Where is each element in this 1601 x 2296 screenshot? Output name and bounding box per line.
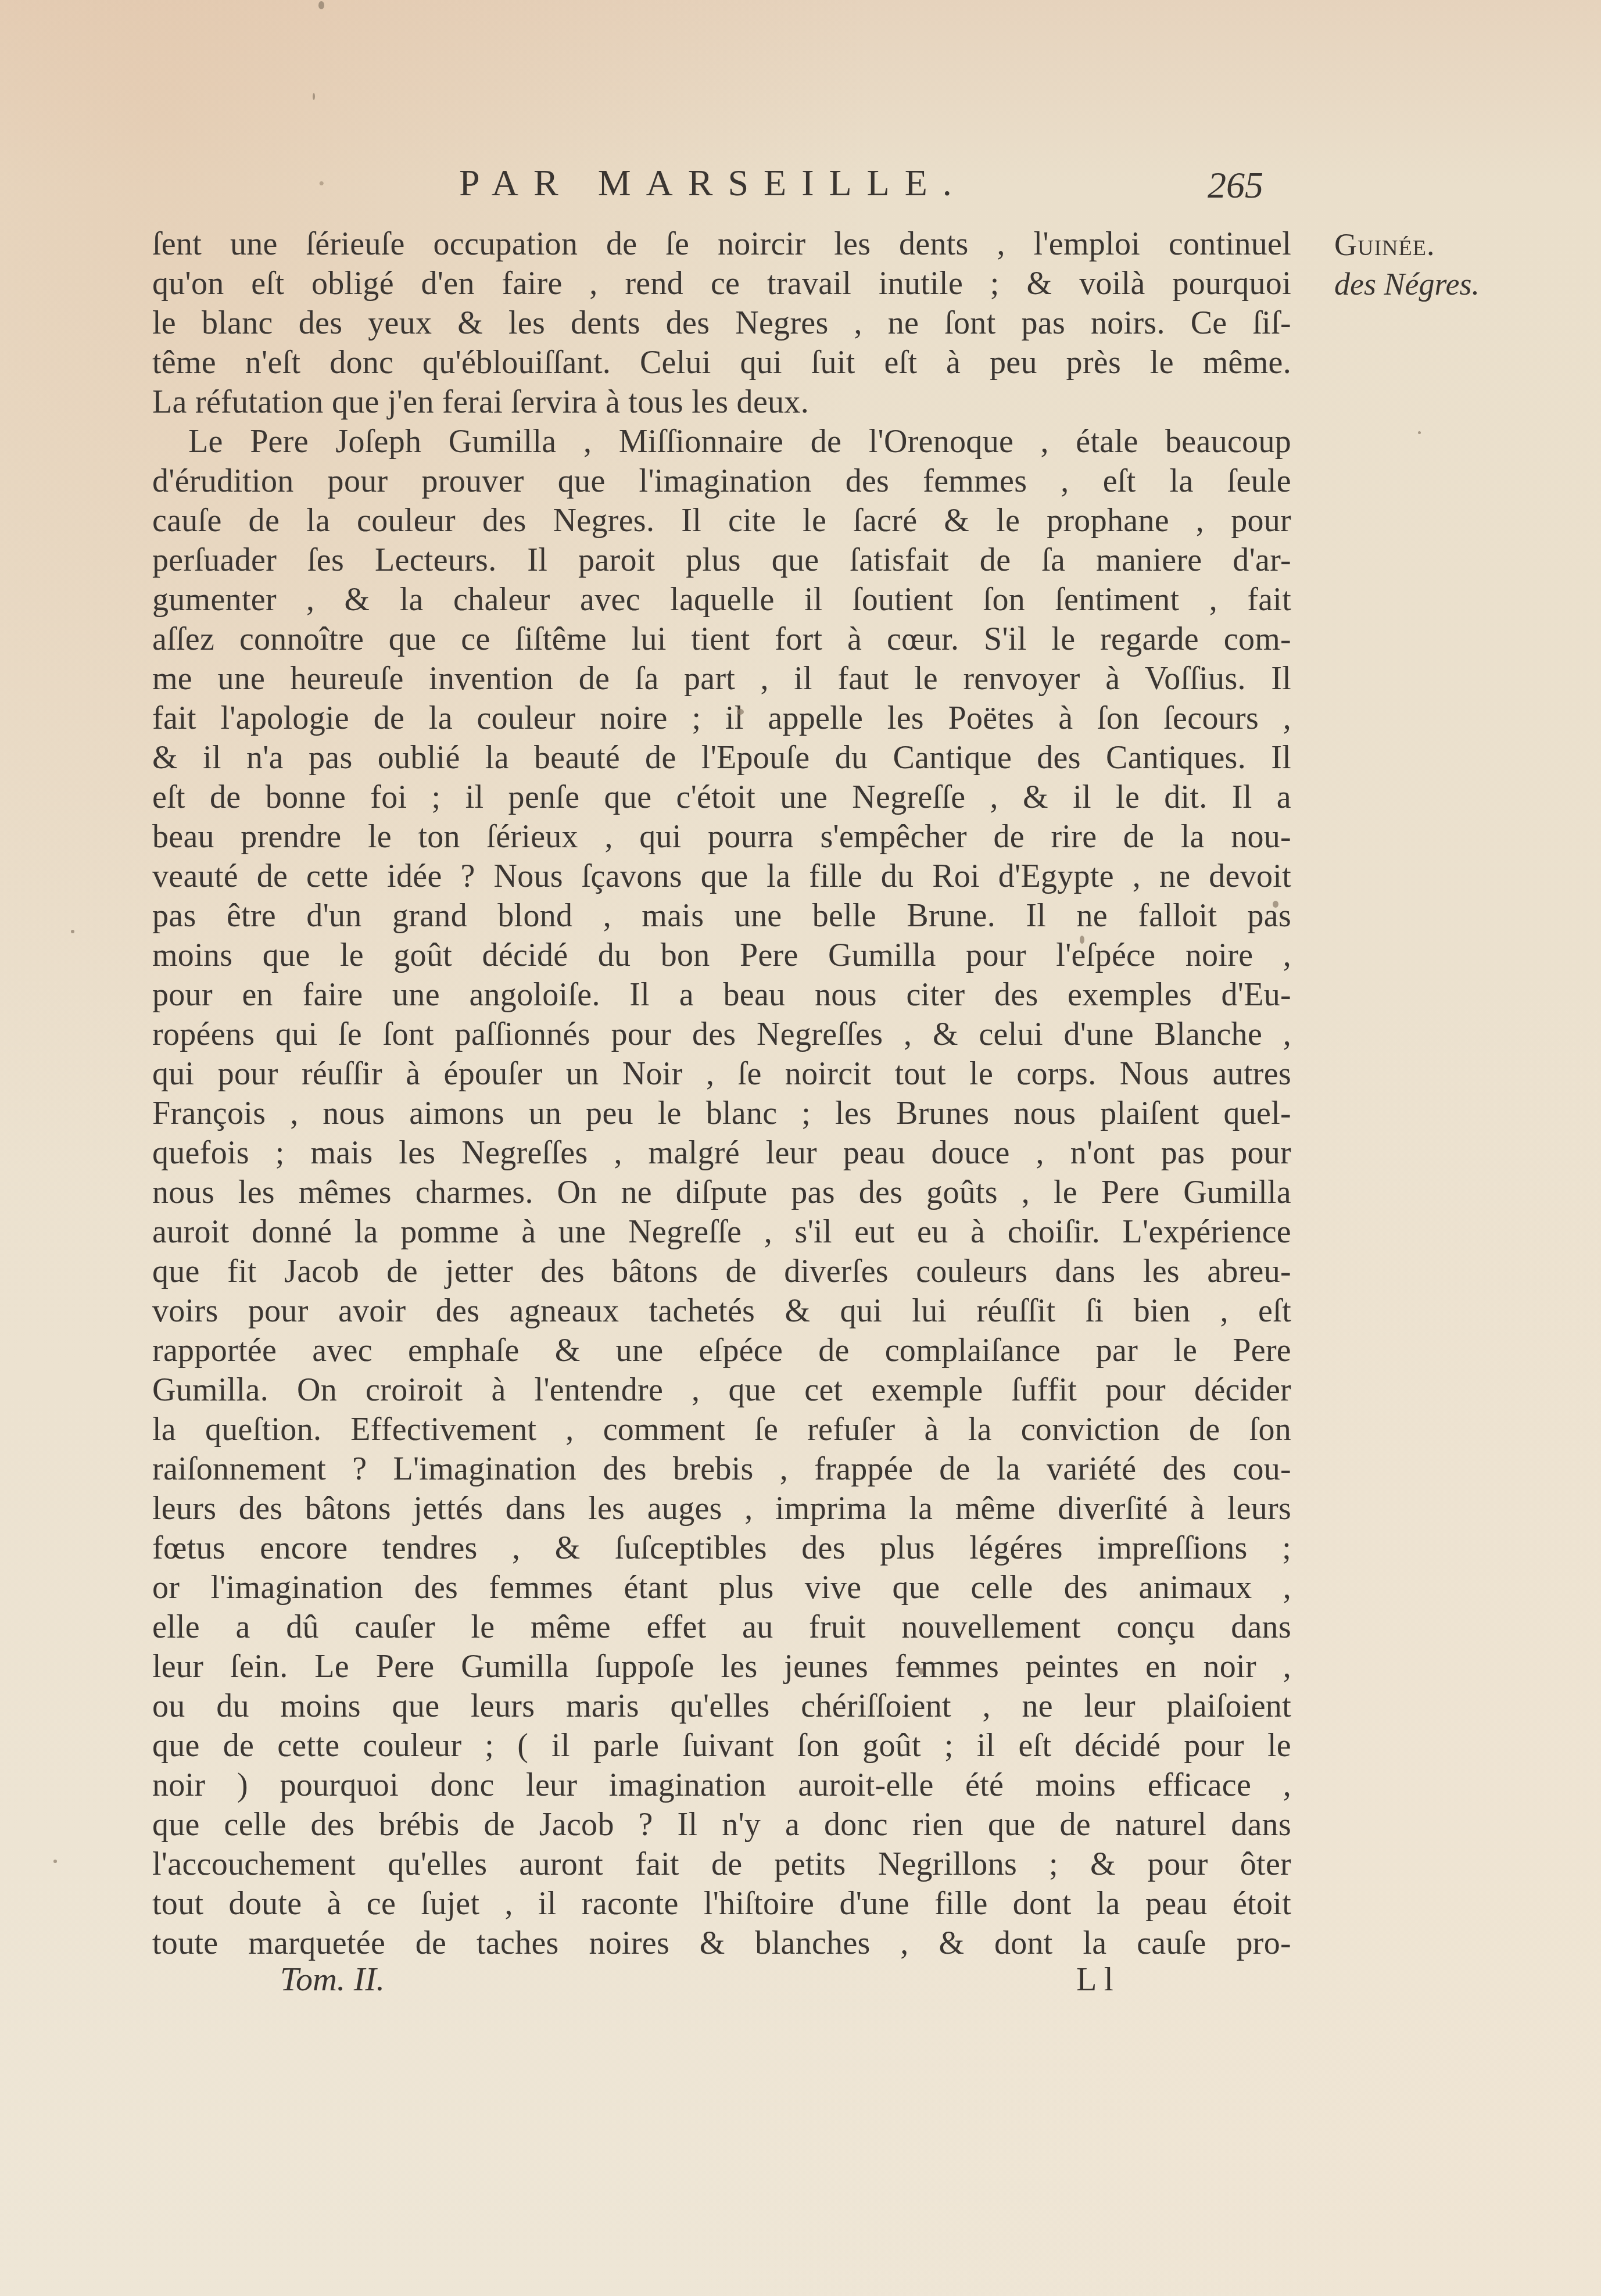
text-line: raiſonnement ? L'imagination des brebis … bbox=[152, 1449, 1291, 1489]
text-line: elle a dû cauſer le même effet au fruit … bbox=[152, 1607, 1291, 1647]
margin-note-region: Guinée. bbox=[1334, 225, 1590, 264]
text-line: leur ſein. Le Pere Gumilla ſuppoſe les j… bbox=[152, 1647, 1291, 1686]
ink-speck bbox=[737, 709, 744, 715]
ink-speck bbox=[1418, 431, 1421, 434]
page-number: 265 bbox=[1208, 164, 1263, 207]
text-line: fœtus encore tendres , & ſuſceptibles de… bbox=[152, 1528, 1291, 1568]
text-line: gumenter , & la chaleur avec laquelle il… bbox=[152, 580, 1291, 619]
text-line: Gumilla. On croiroit à l'entendre , que … bbox=[152, 1370, 1291, 1410]
text-line: que de cette couleur ; ( il parle ſuivan… bbox=[152, 1726, 1291, 1765]
header-ornament: • bbox=[318, 174, 325, 194]
ink-speck bbox=[71, 930, 74, 933]
ink-speck bbox=[313, 93, 315, 100]
margin-note-subject: des Négres. bbox=[1334, 265, 1590, 303]
text-line: qui pour réuſſir à épouſer un Noir , ſe … bbox=[152, 1054, 1291, 1094]
text-line: & il n'a pas oublié la beauté de l'Epouſ… bbox=[152, 738, 1291, 778]
text-line: pour en faire une angoloiſe. Il a beau n… bbox=[152, 975, 1291, 1015]
text-line: quefois ; mais les Negreſſes , malgré le… bbox=[152, 1133, 1291, 1173]
text-line: nous les mêmes charmes. On ne diſpute pa… bbox=[152, 1173, 1291, 1212]
text-line: François , nous aimons un peu le blanc ;… bbox=[152, 1094, 1291, 1133]
text-line: la queſtion. Effectivement , comment ſe … bbox=[152, 1410, 1291, 1449]
text-line-paragraph-start: Le Pere Joſeph Gumilla , Miſſionnaire de… bbox=[152, 422, 1291, 461]
text-line: noir ) pourquoi donc leur imagination au… bbox=[152, 1765, 1291, 1805]
text-line: ſent une ſérieuſe occupation de ſe noirc… bbox=[152, 224, 1291, 264]
text-line: auroit donné la pomme à une Negreſſe , s… bbox=[152, 1212, 1291, 1252]
volume-mark: Tom. II. bbox=[280, 1960, 385, 1998]
text-line: voirs pour avoir des agneaux tachetés & … bbox=[152, 1291, 1291, 1331]
text-line: que fit Jacob de jetter des bâtons de di… bbox=[152, 1252, 1291, 1291]
book-page: • PAR MARSEILLE. 265 Guinée. des Négres.… bbox=[0, 0, 1601, 2296]
text-line: ropéens qui ſe ſont paſſionnés pour des … bbox=[152, 1015, 1291, 1054]
text-line: rapportée avec emphaſe & une eſpéce de c… bbox=[152, 1331, 1291, 1370]
text-line: tout doute à ce ſujet , il raconte l'hiſ… bbox=[152, 1884, 1291, 1924]
text-line: moins que le goût décidé du bon Pere Gum… bbox=[152, 936, 1291, 975]
signature-mark: L l bbox=[1076, 1960, 1113, 1998]
text-line: leurs des bâtons jettés dans les auges ,… bbox=[152, 1489, 1291, 1528]
text-line: d'érudition pour prouver que l'imaginati… bbox=[152, 461, 1291, 501]
ink-speck bbox=[1273, 901, 1278, 908]
ink-speck bbox=[318, 1, 324, 9]
body-text: ſent une ſérieuſe occupation de ſe noirc… bbox=[152, 224, 1291, 1963]
text-line: ou du moins que leurs maris qu'elles ché… bbox=[152, 1686, 1291, 1726]
text-line: me une heureuſe invention de ſa part , i… bbox=[152, 659, 1291, 699]
text-line-paragraph-end: La réfutation que j'en ferai ſervira à t… bbox=[152, 382, 1291, 422]
text-line: l'accouchement qu'elles auront fait de p… bbox=[152, 1844, 1291, 1884]
text-line: le blanc des yeux & les dents des Negres… bbox=[152, 303, 1291, 343]
text-line: que celle des brébis de Jacob ? Il n'y a… bbox=[152, 1805, 1291, 1844]
ink-speck bbox=[53, 1860, 57, 1863]
text-line: qu'on eſt obligé d'en faire , rend ce tr… bbox=[152, 264, 1291, 303]
page-footer: Tom. II. L l bbox=[0, 1960, 1601, 2006]
text-line: aſſez connoître que ce ſiſtême lui tient… bbox=[152, 619, 1291, 659]
text-line: beau prendre le ton ſérieux , qui pourra… bbox=[152, 817, 1291, 857]
text-line: eſt de bonne foi ; il penſe que c'étoit … bbox=[152, 778, 1291, 817]
text-line: fait l'apologie de la couleur noire ; il… bbox=[152, 699, 1291, 738]
text-line: pas être d'un grand blond , mais une bel… bbox=[152, 896, 1291, 936]
text-line: cauſe de la couleur des Negres. Il cite … bbox=[152, 501, 1291, 540]
running-title: PAR MARSEILLE. bbox=[459, 162, 967, 205]
text-line: veauté de cette idée ? Nous ſçavons que … bbox=[152, 857, 1291, 896]
text-line: tême n'eſt donc qu'éblouiſſant. Celui qu… bbox=[152, 343, 1291, 382]
text-line: toute marquetée de taches noires & blanc… bbox=[152, 1924, 1291, 1963]
text-line: perſuader ſes Lecteurs. Il paroit plus q… bbox=[152, 540, 1291, 580]
ink-speck bbox=[1080, 936, 1084, 944]
ink-speck bbox=[918, 1668, 924, 1675]
text-line: or l'imagination des femmes étant plus v… bbox=[152, 1568, 1291, 1607]
margin-note: Guinée. des Négres. bbox=[1334, 225, 1590, 303]
